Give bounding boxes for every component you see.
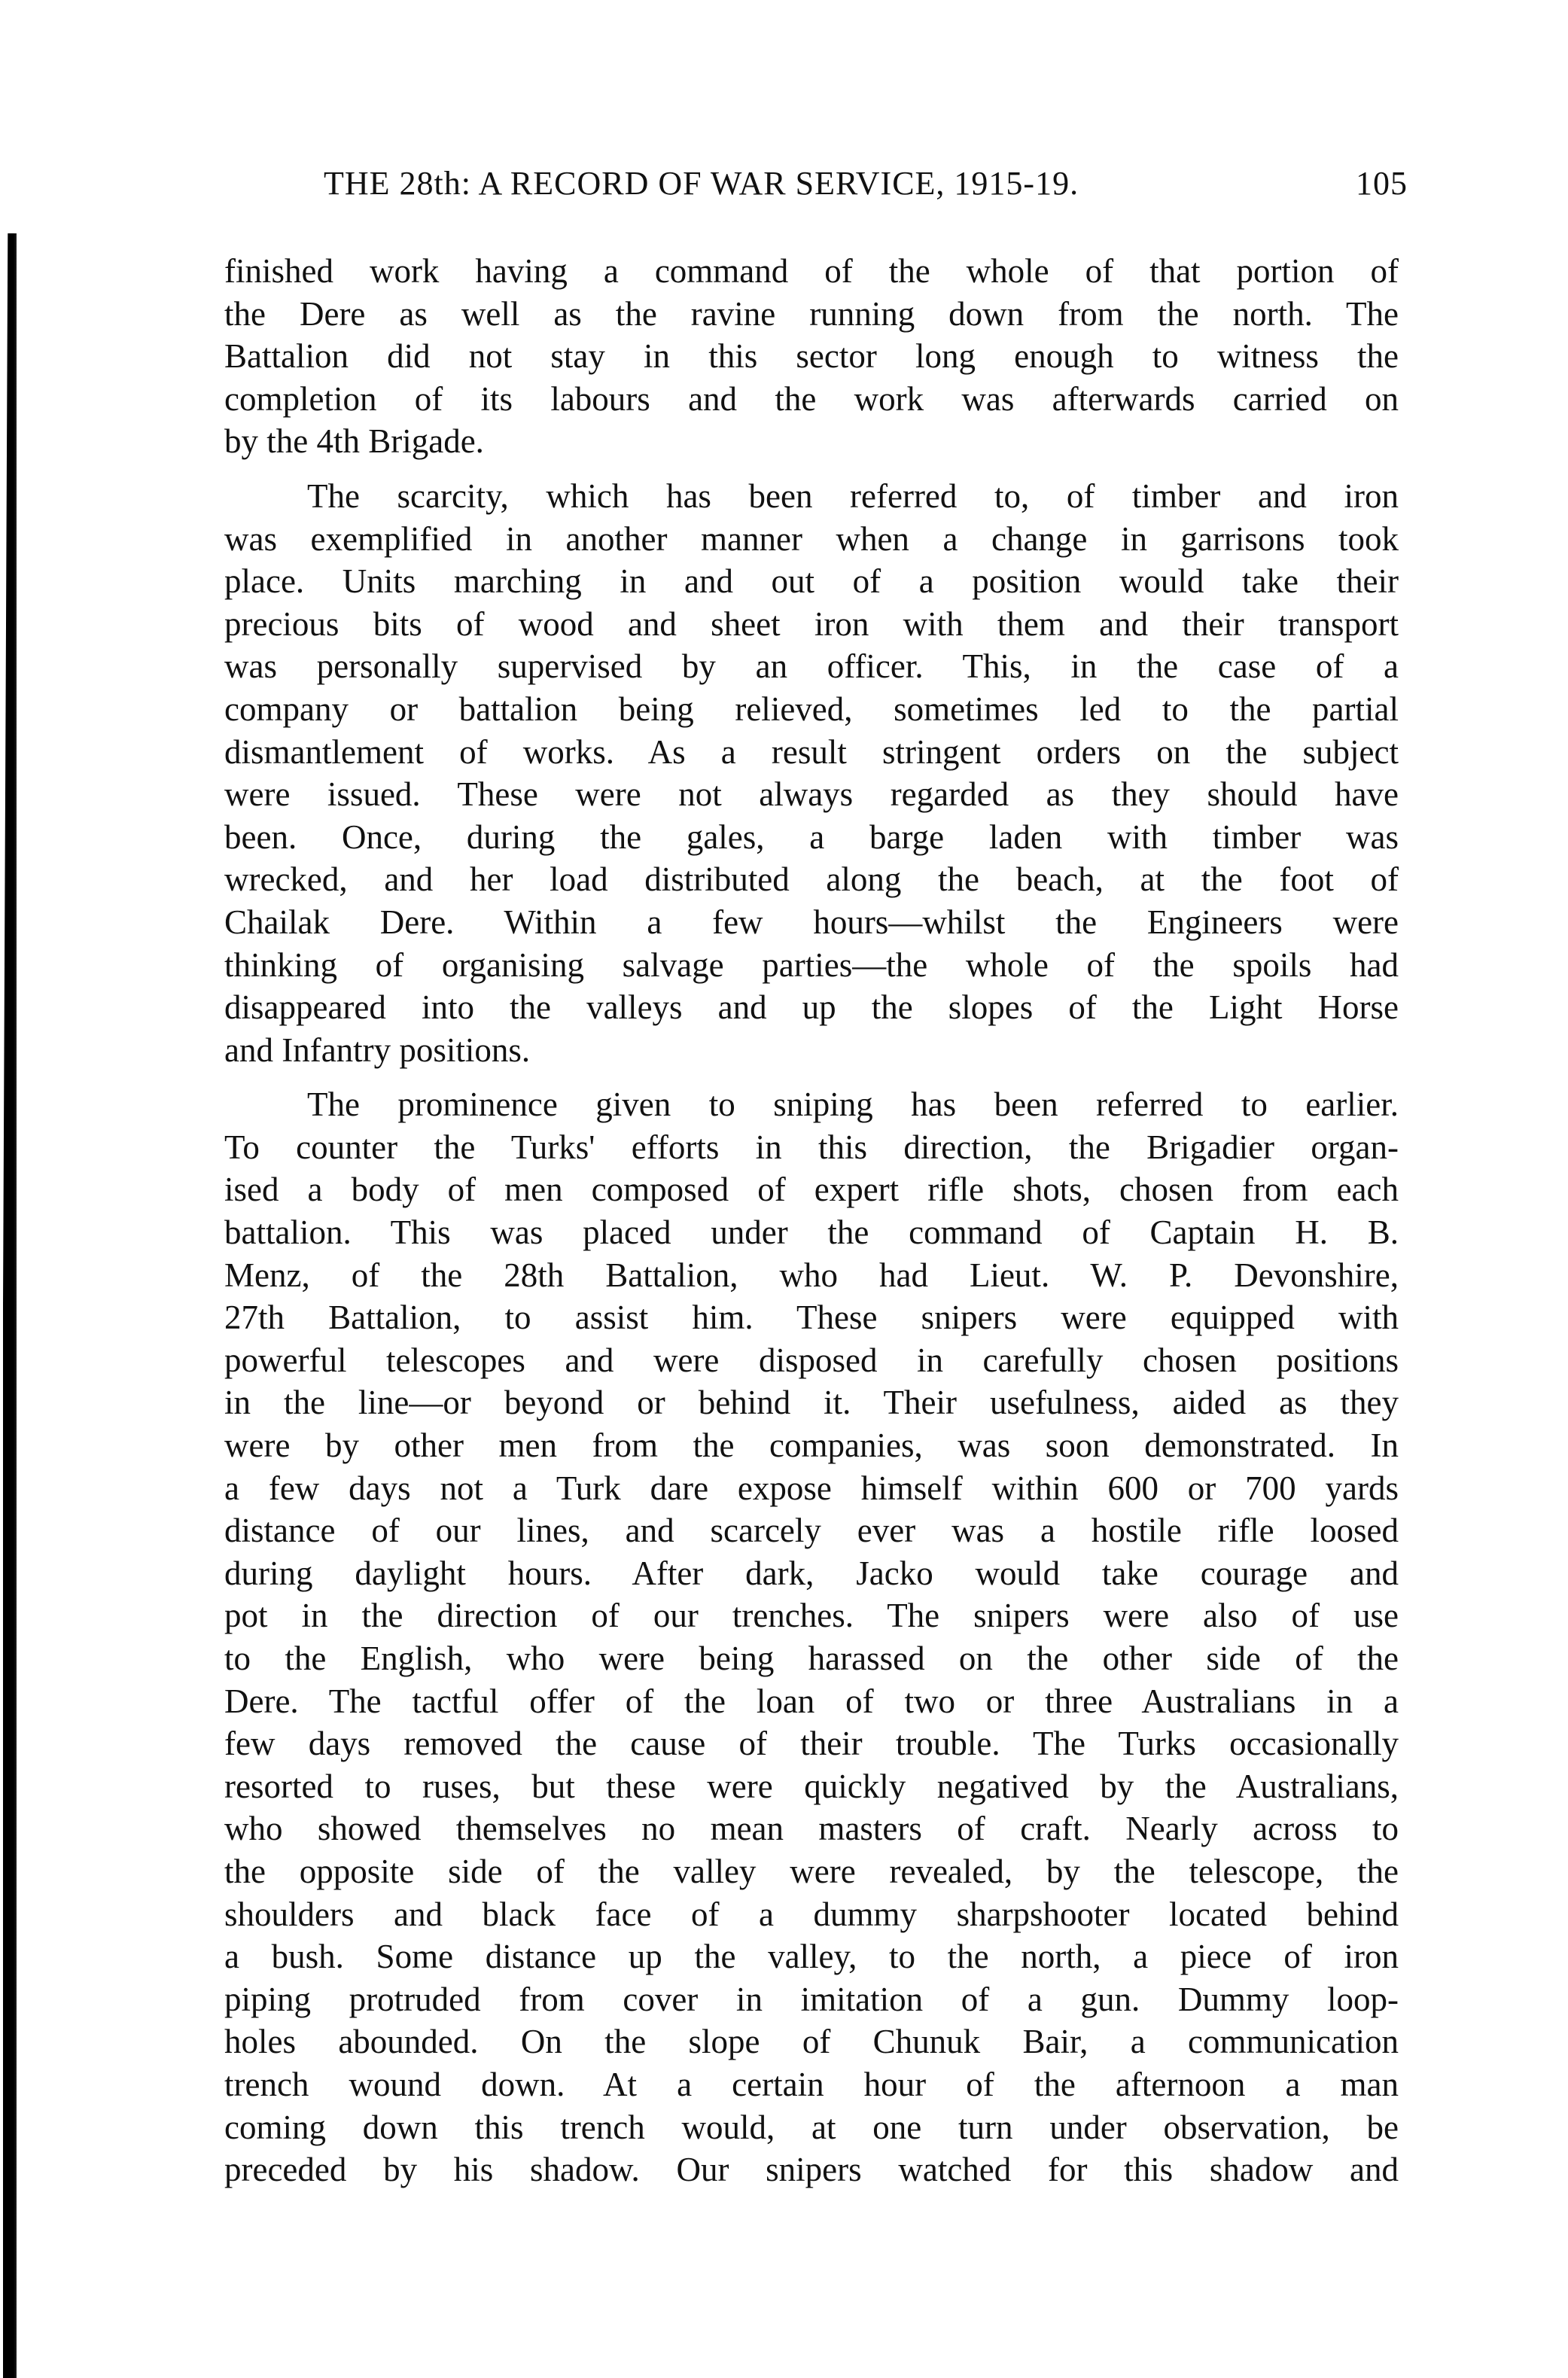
text-line: the Dere as well as the ravine running d… xyxy=(224,293,1399,336)
text-line: a bush. Some distance up the valley, to … xyxy=(224,1935,1399,1978)
text-line: finished work having a command of the wh… xyxy=(224,250,1399,293)
text-line: thinking of organising salvage parties—t… xyxy=(224,944,1399,987)
text-line: few days removed the cause of their trou… xyxy=(224,1722,1399,1765)
text-line: were issued. These were not always regar… xyxy=(224,773,1399,816)
text-line: place. Units marching in and out of a po… xyxy=(224,560,1399,603)
text-line: precious bits of wood and sheet iron wit… xyxy=(224,603,1399,646)
binding-shadow xyxy=(3,233,17,2378)
text-line: distance of our lines, and scarcely ever… xyxy=(224,1509,1399,1552)
text-line: the opposite side of the valley were rev… xyxy=(224,1850,1399,1893)
text-line: The scarcity, which has been referred to… xyxy=(224,475,1399,518)
text-line: was exemplified in another manner when a… xyxy=(224,518,1399,561)
text-line: Battalion did not stay in this sector lo… xyxy=(224,335,1399,378)
text-line: resorted to ruses, but these were quickl… xyxy=(224,1765,1399,1808)
text-line: disappeared into the valleys and up the … xyxy=(224,986,1399,1029)
text-line: wrecked, and her load distributed along … xyxy=(224,858,1399,901)
page-number: 105 xyxy=(1356,164,1408,202)
text-line: in the line—or beyond or behind it. Thei… xyxy=(224,1381,1399,1424)
text-line: trench wound down. At a certain hour of … xyxy=(224,2063,1399,2106)
text-line: been. Once, during the gales, a barge la… xyxy=(224,816,1399,859)
text-line: who showed themselves no mean masters of… xyxy=(224,1807,1399,1850)
text-line: were by other men from the companies, wa… xyxy=(224,1424,1399,1467)
text-line: 27th Battalion, to assist him. These sni… xyxy=(224,1296,1399,1339)
text-line: and Infantry positions. xyxy=(224,1029,1399,1072)
book-page: THE 28th: A RECORD OF WAR SERVICE, 1915-… xyxy=(0,0,1568,2378)
text-line: to the English, who were being harassed … xyxy=(224,1637,1399,1680)
body-text: finished work having a command of the wh… xyxy=(224,250,1399,2191)
text-line: pot in the direction of our trenches. Th… xyxy=(224,1594,1399,1637)
text-line: was personally supervised by an officer.… xyxy=(224,645,1399,688)
text-line: The prominence given to sniping has been… xyxy=(224,1083,1399,1126)
text-line: Chailak Dere. Within a few hours—whilst … xyxy=(224,901,1399,944)
paragraph: finished work having a command of the wh… xyxy=(224,250,1399,463)
text-line: shoulders and black face of a dummy shar… xyxy=(224,1893,1399,1936)
text-line: Menz, of the 28th Battalion, who had Lie… xyxy=(224,1254,1399,1297)
text-line: by the 4th Brigade. xyxy=(224,420,1399,463)
running-title: THE 28th: A RECORD OF WAR SERVICE, 1915-… xyxy=(324,164,1079,202)
text-line: during daylight hours. After dark, Jacko… xyxy=(224,1552,1399,1595)
text-line: completion of its labours and the work w… xyxy=(224,378,1399,421)
text-line: company or battalion being relieved, som… xyxy=(224,688,1399,731)
text-line: a few days not a Turk dare expose himsel… xyxy=(224,1467,1399,1510)
text-line: preceded by his shadow. Our snipers watc… xyxy=(224,2148,1399,2191)
text-line: ised a body of men composed of expert ri… xyxy=(224,1168,1399,1211)
running-header: THE 28th: A RECORD OF WAR SERVICE, 1915-… xyxy=(324,164,1408,202)
text-line: holes abounded. On the slope of Chunuk B… xyxy=(224,2020,1399,2063)
paragraph: The prominence given to sniping has been… xyxy=(224,1083,1399,2191)
text-line: powerful telescopes and were disposed in… xyxy=(224,1339,1399,1382)
text-line: piping protruded from cover in imitation… xyxy=(224,1978,1399,2021)
text-line: Dere. The tactful offer of the loan of t… xyxy=(224,1680,1399,1723)
text-line: To counter the Turks' efforts in this di… xyxy=(224,1126,1399,1169)
text-line: dismantlement of works. As a result stri… xyxy=(224,731,1399,774)
paragraph: The scarcity, which has been referred to… xyxy=(224,475,1399,1071)
text-line: battalion. This was placed under the com… xyxy=(224,1211,1399,1254)
text-line: coming down this trench would, at one tu… xyxy=(224,2106,1399,2149)
